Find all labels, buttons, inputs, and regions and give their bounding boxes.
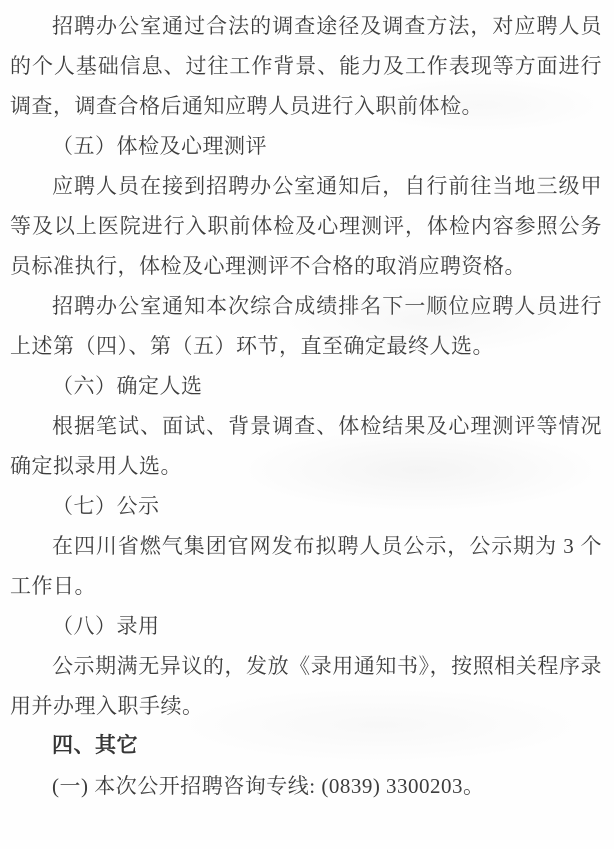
subsection-heading-8-employment: （八）录用 [10,606,602,646]
subsection-heading-6-final-selection: （六）确定人选 [10,366,602,406]
document-page: 招聘办公室通过合法的调查途径及调查方法，对应聘人员的个人基础信息、过往工作背景、… [0,0,614,849]
subsection-heading-7-public-notice: （七）公示 [10,486,602,526]
paragraph-contact-hotline: (一) 本次公开招聘咨询专线: (0839) 3300203。 [10,766,602,806]
paragraph-background-investigation: 招聘办公室通过合法的调查途径及调查方法，对应聘人员的个人基础信息、过往工作背景、… [10,6,602,126]
section-heading-4-other: 四、其它 [10,726,602,766]
subsection-heading-5-physical-exam: （五）体检及心理测评 [10,126,602,166]
paragraph-selection-criteria: 根据笔试、面试、背景调查、体检结果及心理测评等情况确定拟录用人选。 [10,406,602,486]
paragraph-next-ranked-candidate: 招聘办公室通知本次综合成绩排名下一顺位应聘人员进行上述第（四）、第（五）环节，直… [10,286,602,366]
paragraph-employment-procedure: 公示期满无异议的，发放《录用通知书》，按照相关程序录用并办理入职手续。 [10,646,602,726]
paragraph-public-notice-period: 在四川省燃气集团官网发布拟聘人员公示，公示期为 3 个工作日。 [10,526,602,606]
paragraph-physical-exam-details: 应聘人员在接到招聘办公室通知后，自行前往当地三级甲等及以上医院进行入职前体检及心… [10,166,602,286]
